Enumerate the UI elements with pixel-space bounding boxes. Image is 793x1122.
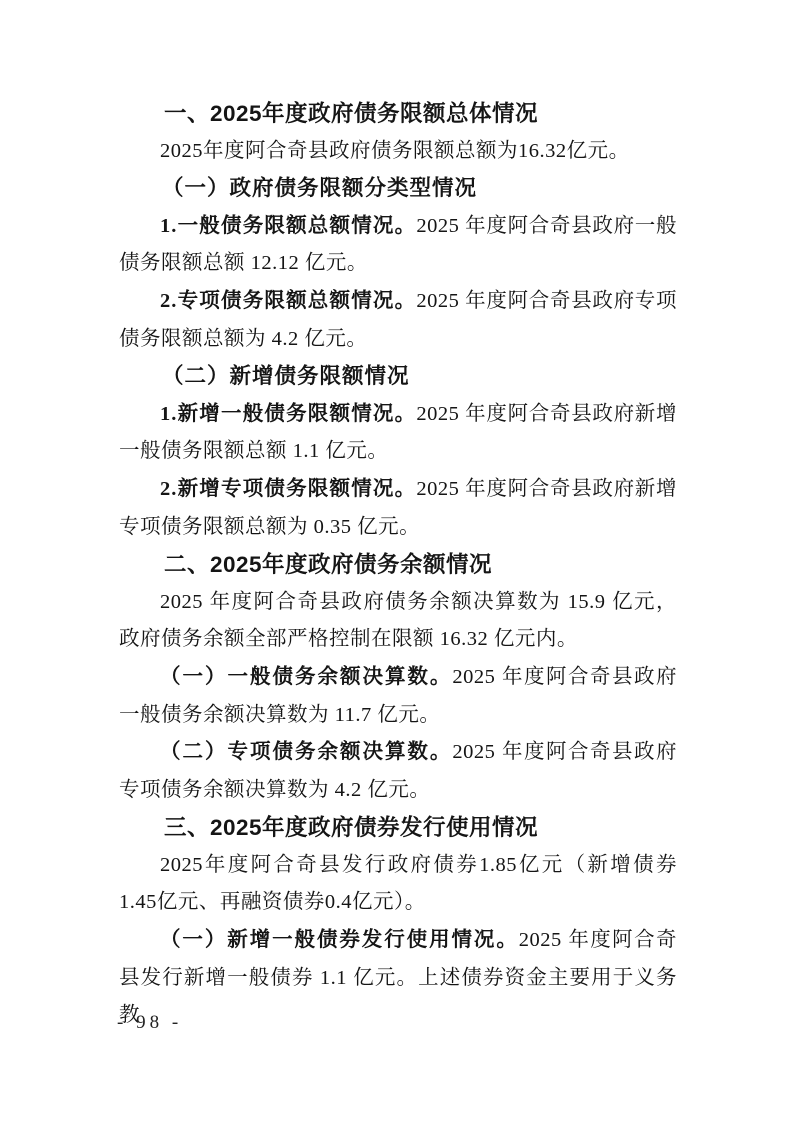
paragraph-new-general-bond-usage: （一）新增一般债券发行使用情况。2025 年度阿合奇县发行新增一般债券 1.1 … [119, 922, 677, 1035]
paragraph-new-general-debt-limit: 1.新增一般债务限额情况。2025 年度阿合奇县政府新增一般债务限额总额 1.1… [119, 396, 677, 471]
paragraph-general-debt-limit: 1.一般债务限额总额情况。2025 年度阿合奇县政府一般债务限额总额 12.12… [119, 208, 677, 283]
run-in-heading-new-general-debt-limit: 1.新增一般债务限额情况。 [160, 403, 416, 425]
paragraph-special-debt-limit: 2.专项债务限额总额情况。2025 年度阿合奇县政府专项债务限额总额为 4.2 … [119, 283, 677, 358]
document-page: 一、2025年度政府债务限额总体情况 2025年度阿合奇县政府债务限额总额为16… [0, 0, 793, 1122]
document-body: 一、2025年度政府债务限额总体情况 2025年度阿合奇县政府债务限额总额为16… [119, 95, 677, 1035]
subsection-heading-limit-by-type: （一）政府债务限额分类型情况 [119, 170, 677, 208]
run-in-heading-special-debt-limit: 2.专项债务限额总额情况。 [160, 290, 416, 312]
paragraph-new-special-debt-limit: 2.新增专项债务限额情况。2025 年度阿合奇县政府新增专项债务限额总额为 0.… [119, 471, 677, 546]
subsection-heading-new-debt-limit: （二）新增债务限额情况 [119, 358, 677, 396]
section-heading-debt-balance: 二、2025年度政府债务余额情况 [119, 546, 677, 584]
run-in-heading-new-general-bond-usage: （一）新增一般债券发行使用情况。 [160, 929, 519, 951]
paragraph-bond-issuance-total: 2025年度阿合奇县发行政府债券1.85亿元（新增债券1.45亿元、再融资债券0… [119, 847, 677, 922]
paragraph-general-debt-balance: （一）一般债务余额决算数。2025 年度阿合奇县政府一般债务余额决算数为 11.… [119, 659, 677, 734]
section-heading-bond-issuance: 三、2025年度政府债券发行使用情况 [119, 809, 677, 847]
page-number: - 98 - [117, 1012, 182, 1034]
paragraph-debt-balance-total: 2025 年度阿合奇县政府债务余额决算数为 15.9 亿元，政府债务余额全部严格… [119, 584, 677, 659]
run-in-heading-general-debt-balance: （一）一般债务余额决算数。 [160, 666, 452, 688]
run-in-heading-general-debt-limit: 1.一般债务限额总额情况。 [160, 215, 416, 237]
run-in-heading-new-special-debt-limit: 2.新增专项债务限额情况。 [160, 478, 416, 500]
paragraph-total-debt-limit: 2025年度阿合奇县政府债务限额总额为16.32亿元。 [119, 133, 677, 171]
run-in-heading-special-debt-balance: （二）专项债务余额决算数。 [160, 741, 452, 763]
section-heading-debt-limit-overview: 一、2025年度政府债务限额总体情况 [119, 95, 677, 133]
paragraph-special-debt-balance: （二）专项债务余额决算数。2025 年度阿合奇县政府专项债务余额决算数为 4.2… [119, 734, 677, 809]
